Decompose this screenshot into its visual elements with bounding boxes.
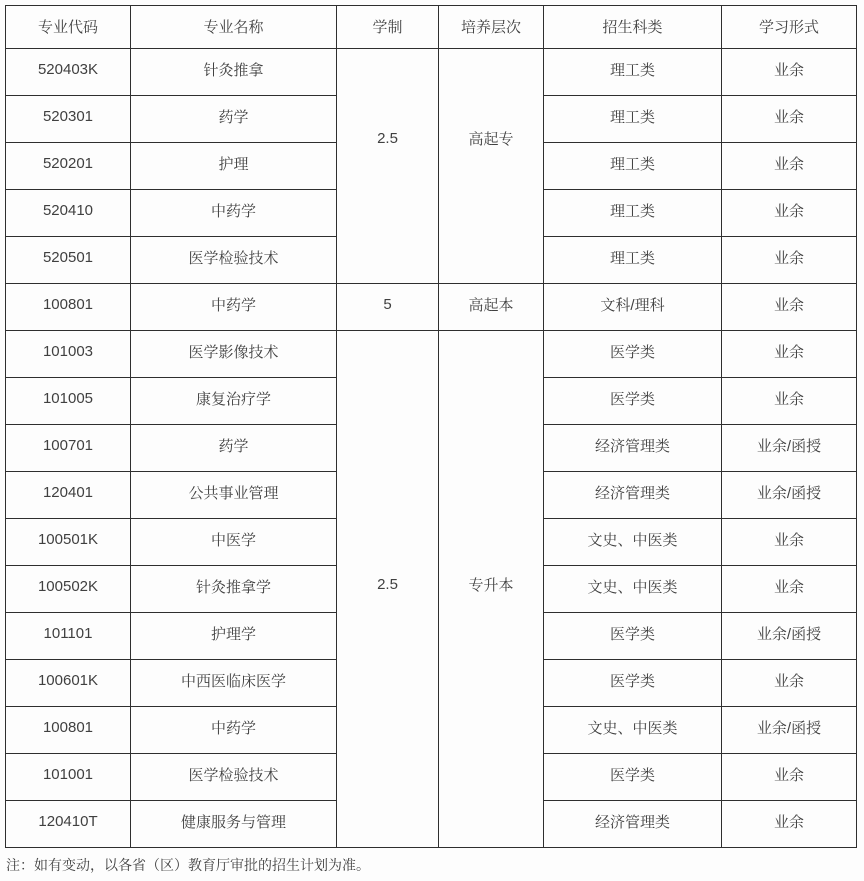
cell-subject-category: 文史、中医类 bbox=[544, 566, 722, 613]
cell-major-name: 医学检验技术 bbox=[131, 754, 337, 801]
header-major-code: 专业代码 bbox=[6, 6, 131, 49]
cell-study-mode: 业余 bbox=[722, 96, 857, 143]
cell-major-code: 100801 bbox=[6, 707, 131, 754]
cell-major-name: 针灸推拿学 bbox=[131, 566, 337, 613]
cell-subject-category: 理工类 bbox=[544, 237, 722, 284]
enrollment-table: 专业代码 专业名称 学制 培养层次 招生科类 学习形式 520403K针灸推拿2… bbox=[5, 5, 857, 848]
cell-duration: 2.5 bbox=[337, 49, 439, 284]
cell-study-mode: 业余 bbox=[722, 660, 857, 707]
cell-subject-category: 理工类 bbox=[544, 190, 722, 237]
header-duration: 学制 bbox=[337, 6, 439, 49]
cell-major-code: 520501 bbox=[6, 237, 131, 284]
cell-level: 高起专 bbox=[439, 49, 544, 284]
header-study-mode: 学习形式 bbox=[722, 6, 857, 49]
cell-subject-category: 医学类 bbox=[544, 754, 722, 801]
cell-major-code: 100801 bbox=[6, 284, 131, 331]
cell-study-mode: 业余 bbox=[722, 378, 857, 425]
cell-subject-category: 理工类 bbox=[544, 49, 722, 96]
cell-subject-category: 医学类 bbox=[544, 613, 722, 660]
cell-major-name: 中药学 bbox=[131, 707, 337, 754]
cell-major-code: 101001 bbox=[6, 754, 131, 801]
cell-subject-category: 医学类 bbox=[544, 660, 722, 707]
cell-study-mode: 业余/函授 bbox=[722, 707, 857, 754]
cell-subject-category: 文史、中医类 bbox=[544, 707, 722, 754]
cell-subject-category: 医学类 bbox=[544, 378, 722, 425]
cell-subject-category: 文史、中医类 bbox=[544, 519, 722, 566]
cell-study-mode: 业余 bbox=[722, 519, 857, 566]
cell-subject-category: 理工类 bbox=[544, 143, 722, 190]
cell-major-code: 100502K bbox=[6, 566, 131, 613]
cell-subject-category: 经济管理类 bbox=[544, 801, 722, 848]
cell-major-code: 520201 bbox=[6, 143, 131, 190]
cell-major-name: 中医学 bbox=[131, 519, 337, 566]
cell-major-code: 520403K bbox=[6, 49, 131, 96]
cell-study-mode: 业余 bbox=[722, 143, 857, 190]
cell-subject-category: 医学类 bbox=[544, 331, 722, 378]
cell-major-code: 101005 bbox=[6, 378, 131, 425]
cell-major-name: 中药学 bbox=[131, 190, 337, 237]
cell-major-code: 101101 bbox=[6, 613, 131, 660]
cell-study-mode: 业余/函授 bbox=[722, 425, 857, 472]
cell-subject-category: 文科/理科 bbox=[544, 284, 722, 331]
cell-major-name: 健康服务与管理 bbox=[131, 801, 337, 848]
table-row: 100801中药学5高起本文科/理科业余 bbox=[6, 284, 857, 331]
cell-subject-category: 经济管理类 bbox=[544, 425, 722, 472]
cell-major-name: 公共事业管理 bbox=[131, 472, 337, 519]
cell-major-code: 520410 bbox=[6, 190, 131, 237]
cell-major-code: 520301 bbox=[6, 96, 131, 143]
cell-major-code: 100701 bbox=[6, 425, 131, 472]
cell-study-mode: 业余 bbox=[722, 237, 857, 284]
cell-major-code: 120401 bbox=[6, 472, 131, 519]
header-level: 培养层次 bbox=[439, 6, 544, 49]
cell-subject-category: 理工类 bbox=[544, 96, 722, 143]
cell-study-mode: 业余 bbox=[722, 190, 857, 237]
table-header: 专业代码 专业名称 学制 培养层次 招生科类 学习形式 bbox=[6, 6, 857, 49]
cell-major-code: 100501K bbox=[6, 519, 131, 566]
cell-level: 高起本 bbox=[439, 284, 544, 331]
cell-study-mode: 业余 bbox=[722, 566, 857, 613]
cell-major-name: 护理学 bbox=[131, 613, 337, 660]
table-body: 520403K针灸推拿2.5高起专理工类业余520301药学理工类业余52020… bbox=[6, 49, 857, 848]
cell-study-mode: 业余/函授 bbox=[722, 613, 857, 660]
cell-major-name: 针灸推拿 bbox=[131, 49, 337, 96]
header-subject-category: 招生科类 bbox=[544, 6, 722, 49]
cell-duration: 2.5 bbox=[337, 331, 439, 848]
header-row: 专业代码 专业名称 学制 培养层次 招生科类 学习形式 bbox=[6, 6, 857, 49]
cell-major-name: 医学影像技术 bbox=[131, 331, 337, 378]
cell-level: 专升本 bbox=[439, 331, 544, 848]
cell-major-name: 中药学 bbox=[131, 284, 337, 331]
cell-duration: 5 bbox=[337, 284, 439, 331]
cell-subject-category: 经济管理类 bbox=[544, 472, 722, 519]
cell-study-mode: 业余 bbox=[722, 801, 857, 848]
cell-study-mode: 业余/函授 bbox=[722, 472, 857, 519]
cell-major-code: 120410T bbox=[6, 801, 131, 848]
footnote: 注：如有变动，以各省（区）教育厅审批的招生计划为准。 bbox=[6, 855, 370, 875]
cell-study-mode: 业余 bbox=[722, 49, 857, 96]
cell-study-mode: 业余 bbox=[722, 284, 857, 331]
cell-major-name: 医学检验技术 bbox=[131, 237, 337, 284]
cell-major-code: 100601K bbox=[6, 660, 131, 707]
page: 专业代码 专业名称 学制 培养层次 招生科类 学习形式 520403K针灸推拿2… bbox=[0, 0, 864, 881]
cell-major-name: 中西医临床医学 bbox=[131, 660, 337, 707]
cell-study-mode: 业余 bbox=[722, 331, 857, 378]
cell-major-name: 药学 bbox=[131, 425, 337, 472]
cell-major-name: 药学 bbox=[131, 96, 337, 143]
table-row: 520403K针灸推拿2.5高起专理工类业余 bbox=[6, 49, 857, 96]
cell-study-mode: 业余 bbox=[722, 754, 857, 801]
table-row: 101003医学影像技术2.5专升本医学类业余 bbox=[6, 331, 857, 378]
cell-major-name: 康复治疗学 bbox=[131, 378, 337, 425]
header-major-name: 专业名称 bbox=[131, 6, 337, 49]
cell-major-code: 101003 bbox=[6, 331, 131, 378]
cell-major-name: 护理 bbox=[131, 143, 337, 190]
